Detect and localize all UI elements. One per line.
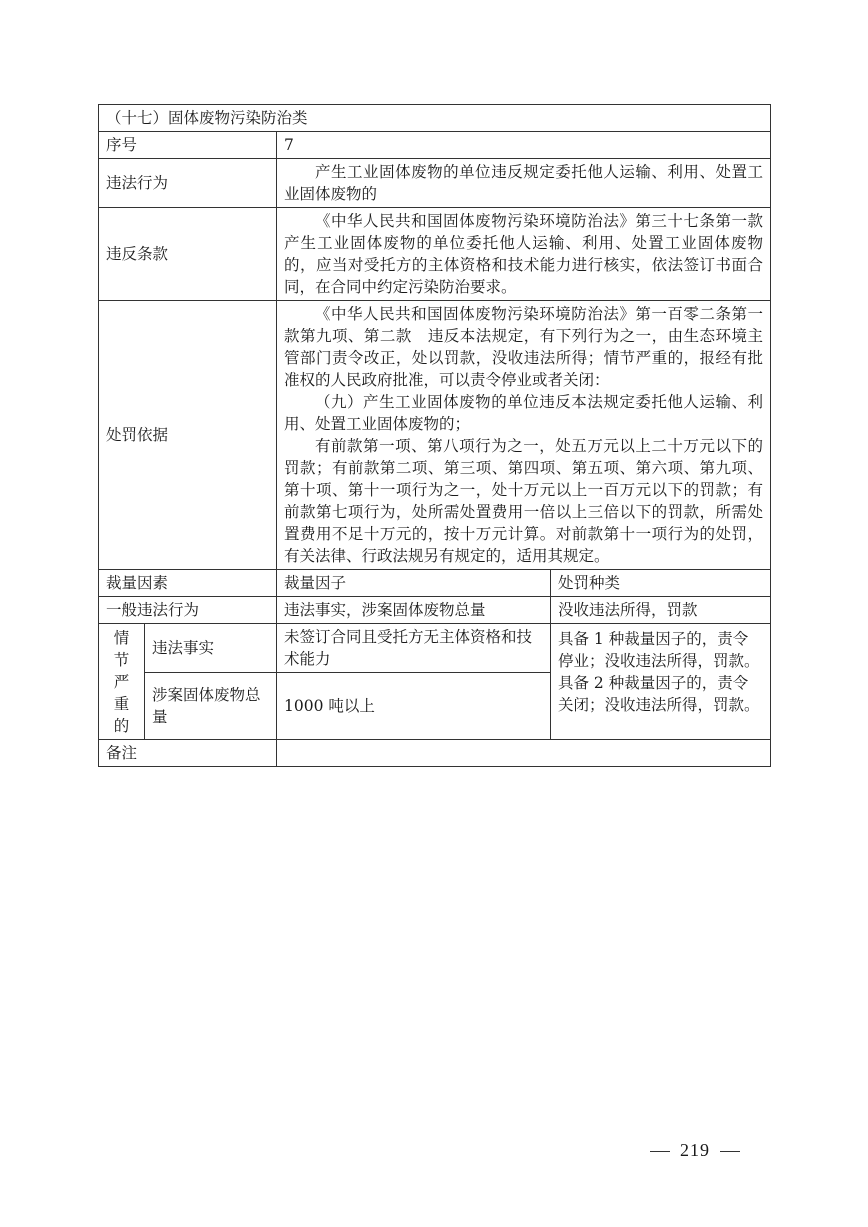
serial-row: 序号 7: [99, 132, 771, 159]
violation-value: 产生工业固体废物的单位违反规定委托他人运输、利用、处置工业固体废物的: [277, 159, 771, 208]
serious-factor: 违法事实: [145, 624, 277, 673]
general-factor: 一般违法行为: [99, 597, 277, 624]
serious-row-1: 情 节 严 重 的 违法事实 未签订合同且受托方无主体资格和技术能力 具备 1 …: [99, 624, 771, 673]
category-title: （十七）固体废物污染防治类: [99, 105, 771, 132]
general-penalty: 没收违法所得，罚款: [551, 597, 771, 624]
header-detail: 裁量因子: [277, 570, 551, 597]
general-detail: 违法事实，涉案固体废物总量: [277, 597, 551, 624]
basis-paragraph: 《中华人民共和国固体废物污染环境防治法》第一百零二条第一款第九项、第二款 违反本…: [284, 303, 763, 391]
remarks-value: [277, 740, 771, 767]
clause-label: 违反条款: [99, 208, 277, 301]
dash-right: [720, 1151, 740, 1152]
serious-penalty: 具备 1 种裁量因子的，责令停业；没收违法所得，罚款。具备 2 种裁量因子的，责…: [551, 624, 771, 740]
basis-label: 处罚依据: [99, 301, 277, 570]
discretion-header-row: 裁量因素 裁量因子 处罚种类: [99, 570, 771, 597]
dash-left: [650, 1151, 670, 1152]
remarks-label: 备注: [99, 740, 277, 767]
basis-paragraph: （九）产生工业固体废物的单位违反本法规定委托他人运输、利用、处置工业固体废物的；: [284, 391, 763, 435]
serious-label: 情 节 严 重 的: [99, 624, 145, 740]
serious-detail: 1000 吨以上: [277, 673, 551, 740]
serial-value: 7: [277, 132, 771, 159]
serial-label: 序号: [99, 132, 277, 159]
serious-factor: 涉案固体废物总量: [145, 673, 277, 740]
basis-paragraph: 有前款第一项、第八项行为之一，处五万元以上二十万元以下的罚款；有前款第二项、第三…: [284, 435, 763, 567]
remarks-row: 备注: [99, 740, 771, 767]
category-row: （十七）固体废物污染防治类: [99, 105, 771, 132]
basis-row: 处罚依据 《中华人民共和国固体废物污染环境防治法》第一百零二条第一款第九项、第二…: [99, 301, 771, 570]
basis-value: 《中华人民共和国固体废物污染环境防治法》第一百零二条第一款第九项、第二款 违反本…: [277, 301, 771, 570]
clause-value: 《中华人民共和国固体废物污染环境防治法》第三十七条第一款 产生工业固体废物的单位…: [277, 208, 771, 301]
violation-label: 违法行为: [99, 159, 277, 208]
penalty-discretion-table: （十七）固体废物污染防治类 序号 7 违法行为 产生工业固体废物的单位违反规定委…: [98, 104, 771, 767]
header-factor: 裁量因素: [99, 570, 277, 597]
header-penalty: 处罚种类: [551, 570, 771, 597]
page-number: 219: [640, 1140, 750, 1161]
general-row: 一般违法行为 违法事实，涉案固体废物总量 没收违法所得，罚款: [99, 597, 771, 624]
serious-detail: 未签订合同且受托方无主体资格和技术能力: [277, 624, 551, 673]
clause-row: 违反条款 《中华人民共和国固体废物污染环境防治法》第三十七条第一款 产生工业固体…: [99, 208, 771, 301]
violation-row: 违法行为 产生工业固体废物的单位违反规定委托他人运输、利用、处置工业固体废物的: [99, 159, 771, 208]
